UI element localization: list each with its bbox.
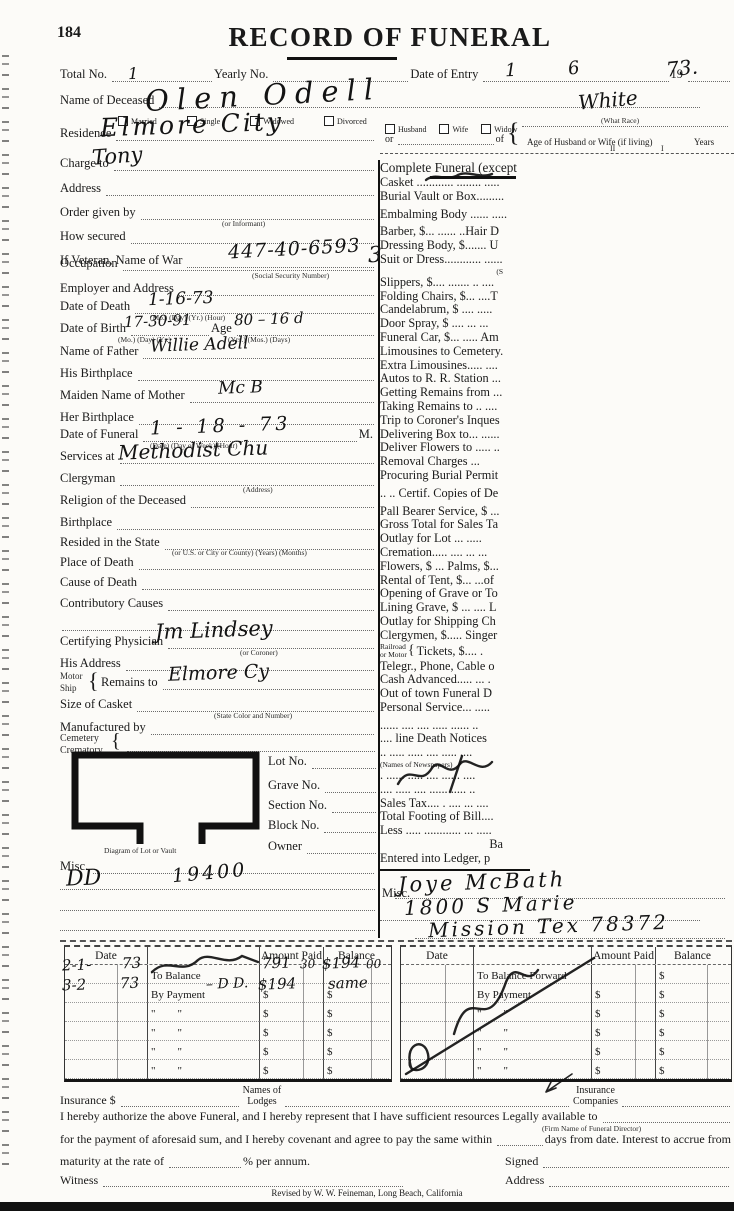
cents-cell — [707, 965, 729, 984]
dotted-line — [324, 820, 376, 833]
field-total-no: Total No. Yearly No. Date of Entry 19 — [60, 68, 732, 82]
witness-row: Witness — [60, 1174, 405, 1187]
dotted-line — [137, 699, 374, 712]
slip-item: Removal Charges ... — [380, 455, 517, 469]
slip-item: Extra Limousines..... .... — [380, 359, 517, 373]
tickets-label: Tickets, $.... . — [417, 644, 484, 659]
field-label: Address — [60, 182, 104, 196]
insurance-companies-label: Insurance Companies — [571, 1086, 620, 1107]
slip-item: Limousines to Cemetery. — [380, 345, 517, 359]
cents-cell — [371, 1060, 389, 1079]
field-label: Resided in the State — [60, 536, 163, 550]
handwriting-ledger-cents1: 30 — [300, 957, 316, 972]
field-label: How secured — [60, 230, 129, 244]
cents-cell — [371, 1022, 389, 1041]
slip-item: Embalming Body ...... ..... — [380, 208, 517, 222]
cents-cell — [707, 1003, 729, 1022]
field-label: Clergyman — [60, 472, 118, 486]
dotted-line — [60, 889, 375, 890]
field-label: Contributory Causes — [60, 597, 166, 611]
years-label: Years — [694, 137, 714, 147]
cents-cell — [371, 984, 389, 1003]
field-label: Grave No. — [268, 779, 323, 793]
authorization-text: for the payment of aforesaid sum, and I … — [60, 1133, 495, 1146]
balance-cell: $ — [655, 1022, 707, 1041]
field-owner: Owner — [268, 840, 378, 854]
field-size-of-casket: Size of Casket — [60, 698, 376, 712]
field-label: of — [496, 134, 507, 145]
ship-label: Ship — [60, 683, 77, 693]
what-race-sublabel: (What Race) — [601, 116, 639, 125]
cents-cell — [635, 1041, 655, 1060]
field-grave-no: Grave No. — [268, 779, 378, 793]
field-label: Lot No. — [268, 755, 310, 769]
dotted-line — [168, 598, 374, 611]
slip-item: (S — [380, 267, 517, 276]
signed-label: Signed — [505, 1155, 541, 1168]
dotted-line — [312, 756, 376, 769]
slip-item: Funeral Car, $... ..... Am — [380, 331, 517, 345]
cents-cell — [303, 1022, 323, 1041]
amount-cell: $ — [259, 1003, 303, 1022]
handwriting-race: White — [577, 85, 639, 114]
handwriting-mother: Mc B — [218, 377, 263, 399]
field-or-of: or of — [385, 132, 507, 145]
balance-cell: $ — [323, 1060, 371, 1079]
slip-item: Total Footing of Bill.... — [380, 810, 517, 824]
field-label: Owner — [268, 840, 305, 854]
address-sublabel: (Address) — [243, 485, 273, 494]
motor-label: Motor — [60, 671, 83, 681]
witness-label: Witness — [60, 1174, 101, 1187]
handwriting-newspapers-scribble — [392, 752, 507, 796]
handwriting-charge-to: Tony — [91, 142, 143, 169]
dotted-line — [191, 495, 374, 508]
address-row: Address — [505, 1174, 731, 1187]
slip-item: Rental of Tent, $... ...of — [380, 574, 517, 588]
separator-tick: I — [661, 144, 664, 153]
cents-cell — [707, 1060, 729, 1079]
cents-cell — [707, 1022, 729, 1041]
cents-cell — [635, 1003, 655, 1022]
ledger-row: " " $ $ — [65, 1022, 391, 1041]
field-label: Size of Casket — [60, 698, 135, 712]
field-label: Her Birthplace — [60, 411, 137, 425]
authorization-text: days from date. Interest to accrue from — [545, 1133, 734, 1146]
field-label: Occupation — [60, 257, 121, 271]
date-cell — [65, 1060, 117, 1079]
field-label: or — [385, 134, 396, 145]
separator-tick: II — [610, 144, 615, 153]
dotted-line — [120, 473, 374, 486]
amount-cell: $ — [259, 1060, 303, 1079]
authorization-line-2: for the payment of aforesaid sum, and I … — [60, 1133, 734, 1146]
slip-item: Less ..... ............ ... ..... — [380, 824, 517, 838]
field-label: Services at — [60, 450, 118, 464]
slip-item-list: Casket ............ ........ .....Burial… — [380, 176, 517, 643]
cents-cell — [371, 1041, 389, 1060]
slip-item: Dressing Body, $....... U — [380, 239, 517, 253]
field-label: Section No. — [268, 799, 330, 813]
dashed-separator — [380, 153, 734, 154]
field-label: Religion of the Deceased — [60, 494, 189, 508]
cemetery-label: Cemetery — [60, 733, 99, 744]
dotted-line — [497, 1133, 543, 1146]
year-cell — [117, 1060, 147, 1079]
dotted-line — [103, 1174, 403, 1187]
field-label: Block No. — [268, 819, 322, 833]
description-cell: " " — [147, 1022, 259, 1041]
slip-item: Suit or Dress............ ...... — [380, 253, 517, 267]
funeral-record-scan: 184 RECORD OF FUNERAL Total No. Yearly N… — [0, 0, 734, 1211]
date-cell — [65, 1041, 117, 1060]
ledger-row: " " $ $ — [65, 1041, 391, 1060]
slip-item: Slippers, $.... ....... .. .... — [380, 276, 517, 290]
authorization-text: % per annum. — [243, 1155, 313, 1168]
cents-cell — [303, 1060, 323, 1079]
field-contributory-causes: Contributory Causes — [60, 597, 376, 611]
slip-item: Autos to R. R. Station ... — [380, 372, 517, 386]
field-label: Place of Death — [60, 556, 137, 570]
dotted-line — [114, 158, 374, 171]
dotted-line — [332, 800, 376, 813]
slip-item: Gross Total for Sales Ta — [380, 518, 517, 532]
field-label: M. — [359, 428, 376, 442]
slip-item: Flowers, $ ... Palms, $... — [380, 560, 517, 574]
handwriting-physician-signature: Jm Lindsey — [155, 616, 273, 644]
or-informant-sublabel: (or Informant) — [222, 219, 265, 228]
ledger-row: " " $ $ — [65, 1003, 391, 1022]
handwriting-remains-to: Elmore Cy — [168, 660, 270, 686]
field-label: Certifying Physician — [60, 635, 166, 649]
lot-diagram — [70, 750, 262, 850]
slip-item: Personal Service... ..... — [380, 701, 517, 715]
title-underline — [287, 57, 397, 60]
brace-glyph: { — [507, 118, 519, 148]
field-label: Cause of Death — [60, 576, 140, 590]
date-cell — [65, 1003, 117, 1022]
slip-item: Trip to Coroner's Inques — [380, 414, 517, 428]
casket-sublabel: (State Color and Number) — [214, 711, 292, 720]
field-address: Address — [60, 182, 376, 196]
handwriting-entry-month: 6 — [567, 57, 581, 79]
amount-cell: $ — [259, 1022, 303, 1041]
amount-cell: $ — [259, 1041, 303, 1060]
checkbox-option: Divorced — [324, 116, 367, 126]
cents-cell — [303, 1003, 323, 1022]
slip-item: Barber, $... ...... ..Hair D — [380, 225, 517, 239]
cents-cell — [303, 1041, 323, 1060]
slip-item: Deliver Flowers to ..... .. — [380, 441, 517, 455]
ledger-row: " " $ $ — [65, 1060, 391, 1079]
slip-item: Ba — [380, 838, 517, 852]
field-religion: Religion of the Deceased — [60, 494, 376, 508]
slip-item: Cremation..... .... ... ... — [380, 546, 517, 560]
handwriting-ledger-year2: 73 — [120, 974, 140, 993]
diagram-caption: Diagram of Lot or Vault — [104, 846, 176, 855]
slip-item: Clergymen, $..... Singer — [380, 629, 517, 643]
year-cell — [117, 1041, 147, 1060]
handwriting-father: Willie Adell — [150, 333, 249, 356]
slip-item: .... line Death Notices — [380, 732, 517, 746]
dotted-line — [141, 207, 374, 220]
page-title: RECORD OF FUNERAL — [225, 22, 555, 53]
handwriting-casket-scribble — [424, 170, 496, 184]
binding-edge-marks — [2, 55, 9, 1170]
cents-cell — [635, 1060, 655, 1079]
ssn-sublabel: (Social Security Number) — [252, 271, 329, 280]
slip-item: Procuring Burial Permit — [380, 469, 517, 483]
cents-cell — [635, 965, 655, 984]
authorization-line-1: I hereby authorize the above Funeral, an… — [60, 1110, 732, 1123]
field-label: Name of Deceased — [60, 94, 157, 108]
year-cell — [117, 1003, 147, 1022]
field-label: Remains to — [101, 676, 161, 690]
field-lot-no: Lot No. — [268, 755, 378, 769]
dotted-line — [398, 132, 493, 145]
field-label: Name of Father — [60, 345, 141, 359]
field-cause-of-death: Cause of Death — [60, 576, 376, 590]
slip-item: Sales Tax.... . .... ... .... — [380, 797, 517, 811]
field-label: Maiden Name of Mother — [60, 389, 188, 403]
field-manufactured-by: Manufactured by — [60, 721, 376, 735]
dotted-line — [169, 1155, 241, 1168]
scan-bottom-edge — [0, 1202, 734, 1211]
railroad-or-motor-label: Railroad or Motor — [380, 643, 407, 659]
dotted-line — [60, 930, 375, 931]
handwriting-ledger-date2: 3-2 — [62, 976, 87, 995]
field-label: Date of Entry — [410, 68, 481, 82]
balance-cell: $ — [655, 984, 707, 1003]
cents-cell — [303, 984, 323, 1003]
field-employer: Employer and Address — [60, 282, 376, 296]
slip-item: Cash Advanced..... ... . — [380, 673, 517, 687]
field-clergyman: Clergyman — [60, 472, 376, 486]
brace-glyph: { — [408, 643, 415, 659]
balance-cell: $ — [323, 1003, 371, 1022]
slip-item: Pall Bearer Service, $ ... — [380, 505, 517, 519]
description-cell: " " — [147, 1060, 259, 1079]
handwriting-entry-year: 73. — [665, 54, 699, 81]
or-coroner-sublabel: (or Coroner) — [240, 648, 278, 657]
checkbox-label: Divorced — [337, 117, 367, 126]
field-label: Total No. — [60, 68, 110, 82]
handwriting-ledger-amount2: $194 — [258, 974, 297, 993]
dotted-line — [142, 577, 374, 590]
handwriting-date-of-death: 1-16-73 — [148, 288, 214, 310]
slip-item: Candelabrum, $ .... ..... — [380, 303, 517, 317]
handwriting-ledger-balance1: $194 — [322, 953, 361, 972]
signed-row: Signed — [505, 1155, 731, 1168]
description-cell: " " — [147, 1041, 259, 1060]
slip-railroad-tickets: Railroad or Motor { Tickets, $.... . — [380, 643, 517, 660]
names-of-lodges-label: Names of Lodges — [241, 1086, 284, 1107]
field-order-given-by: Order given by — [60, 206, 376, 220]
handwriting-ledger-balcents1: 00 — [366, 957, 382, 972]
slip-item: Out of town Funeral D — [380, 687, 517, 701]
balance-cell: $ — [655, 1060, 707, 1079]
slip-item: Folding Chairs, $... ....T — [380, 290, 517, 304]
balance-header: Balance — [655, 947, 729, 964]
cents-cell — [371, 1003, 389, 1022]
slip-item: Outlay for Lot ... ..... — [380, 532, 517, 546]
insurance-row: Insurance $ Names of Lodges Insurance Co… — [60, 1086, 732, 1107]
year-cell — [117, 1022, 147, 1041]
dotted-line — [139, 557, 374, 570]
balance-cell: $ — [655, 965, 707, 984]
revised-by-note: Revised by W. W. Feineman, Long Beach, C… — [0, 1188, 734, 1198]
authorization-text: I hereby authorize the above Funeral, an… — [60, 1110, 601, 1123]
dotted-line — [121, 1094, 239, 1107]
field-label: Date of Death — [60, 300, 133, 314]
age-of-spouse-label: Age of Husband or Wife (if living) — [527, 137, 652, 147]
field-section-no: Section No. — [268, 799, 378, 813]
dotted-line — [285, 1094, 569, 1107]
authorization-line-3: maturity at the rate of % per annum. — [60, 1155, 390, 1168]
handwriting-misc-initials: DD — [66, 865, 102, 891]
slip-item: Outlay for Shipping Ch — [380, 615, 517, 629]
dotted-line — [106, 183, 374, 196]
slip-item: Telegr., Phone, Cable o — [380, 660, 517, 674]
dotted-line — [151, 722, 374, 735]
dotted-line — [522, 126, 728, 127]
page-number: 184 — [57, 24, 81, 42]
balance-cell: $ — [323, 1022, 371, 1041]
field-place-of-death: Place of Death — [60, 556, 376, 570]
dotted-line — [543, 1155, 729, 1168]
handwriting-total-no: 1 — [128, 64, 139, 83]
slip-item: Taking Remains to .. .... — [380, 400, 517, 414]
handwriting-ledger-date1: 2-1- — [62, 955, 92, 974]
insurance-label: Insurance $ — [60, 1094, 119, 1107]
dashed-rule — [60, 940, 732, 942]
slip-item: Delivering Box to... ...... — [380, 428, 517, 442]
address-label: Address — [505, 1174, 547, 1187]
field-occupation: Occupation — [60, 257, 376, 271]
handwriting-slip-margin: 3 — [368, 243, 383, 268]
handwriting-ledger-balance2: same — [328, 973, 368, 992]
cents-cell — [635, 984, 655, 1003]
dotted-line — [117, 517, 374, 530]
dotted-line — [603, 1110, 730, 1123]
balance-cell: $ — [655, 1003, 707, 1022]
slip-item: Door Spray, $ .... ... ... — [380, 317, 517, 331]
handwriting-balance-scrawl — [148, 952, 263, 978]
dotted-line — [325, 780, 376, 793]
handwriting-age: 80 – 16 d — [234, 309, 304, 329]
dotted-line — [307, 841, 376, 854]
slip-item: Entered into Ledger, p — [380, 852, 517, 866]
field-label: Date of Birth — [60, 322, 129, 336]
cents-cell — [707, 984, 729, 1003]
dotted-line — [60, 910, 375, 911]
field-block-no: Block No. — [268, 819, 378, 833]
field-label: His Birthplace — [60, 367, 136, 381]
field-birthplace: Birthplace — [60, 516, 376, 530]
slip-item: .. .. Certif. Copies of De — [380, 487, 517, 501]
handwriting-ledger-year1: 73 — [122, 954, 142, 973]
dotted-line — [622, 1094, 730, 1107]
slip-item: Getting Remains from ... — [380, 386, 517, 400]
field-date-of-death: Date of Death — [60, 300, 376, 314]
slip-item: Lining Grave, $ ... .... L — [380, 601, 517, 615]
balance-cell: $ — [323, 1041, 371, 1060]
handwriting-date-of-birth: 17-30-91 — [124, 311, 192, 331]
handwriting-ledger-amount1: 791 — [262, 954, 291, 973]
date-cell — [65, 1022, 117, 1041]
field-label: Birthplace — [60, 516, 115, 530]
handwriting-paid-scrawl — [398, 948, 608, 1078]
checkbox-icon — [324, 116, 334, 126]
slip-item: Opening of Grave or To — [380, 587, 517, 601]
cents-cell — [707, 1041, 729, 1060]
slip-item: Burial Vault or Box......... — [380, 190, 517, 204]
field-label: Order given by — [60, 206, 139, 220]
slip-item: ...... .... .... ..... ...... .. — [380, 719, 517, 733]
cents-cell — [635, 1022, 655, 1041]
description-cell: " " — [147, 1003, 259, 1022]
handwriting-entry-day: 1 — [505, 60, 517, 81]
balance-cell: $ — [655, 1041, 707, 1060]
dotted-line — [549, 1174, 729, 1187]
authorization-text: maturity at the rate of — [60, 1155, 167, 1168]
brace-glyph: { — [88, 668, 99, 694]
